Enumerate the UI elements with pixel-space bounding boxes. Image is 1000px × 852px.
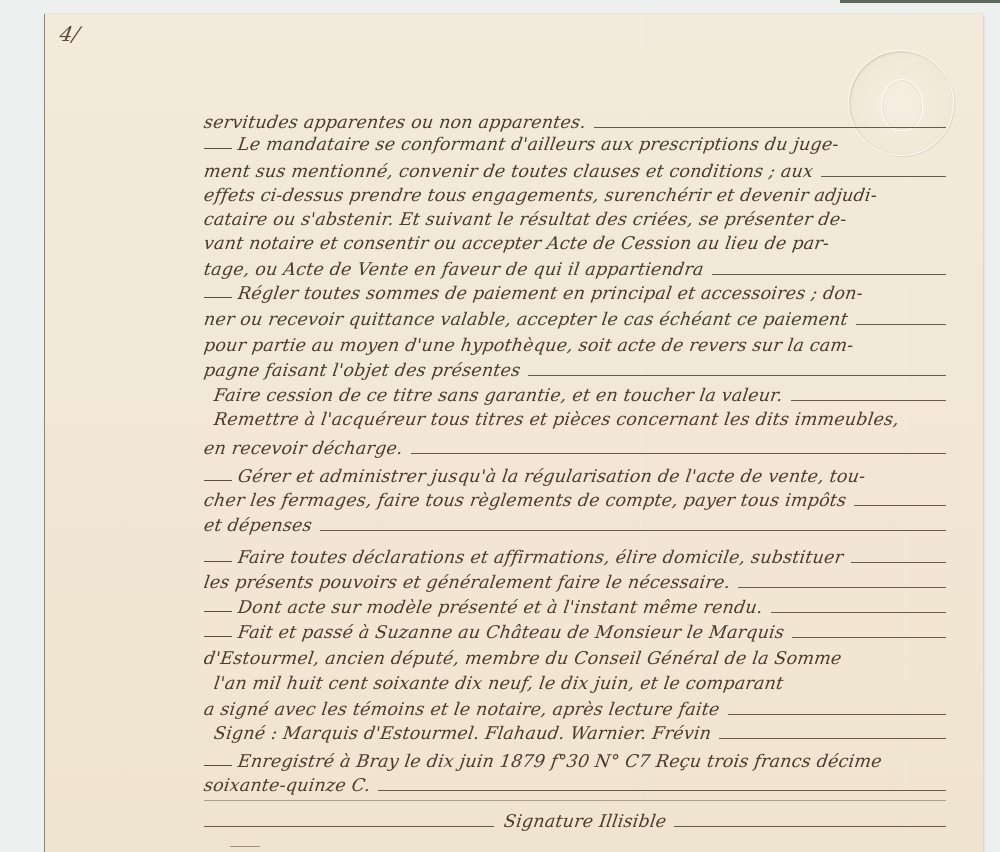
leading-dash — [204, 148, 232, 149]
line-text: soixante-quinze C. — [203, 776, 372, 796]
line-text: cher les fermages, faire tous règlements… — [203, 491, 848, 511]
line-text: a signé avec les témoins et le notaire, … — [203, 700, 721, 720]
line-filler — [791, 400, 946, 401]
line-text: en recevoir décharge. — [203, 439, 405, 459]
text-line: servitudes apparentes ou non apparentes. — [204, 109, 946, 133]
line-text: cataire ou s'abstenir. Et suivant le rés… — [203, 210, 848, 230]
text-line: Régler toutes sommes de paiement en prin… — [204, 280, 946, 304]
leading-dash — [204, 297, 232, 298]
line-filler — [528, 375, 946, 376]
line-text: Faire toutes déclarations et affirmation… — [237, 548, 845, 568]
ruled-line — [204, 800, 946, 801]
leading-dash — [204, 480, 232, 481]
text-line: Remettre à l'acquéreur tous titres et pi… — [214, 406, 946, 430]
leading-dash — [204, 561, 232, 562]
line-text: pour partie au moyen d'une hypothèque, s… — [203, 336, 855, 356]
line-text: tage, ou Acte de Vente en faveur de qui … — [203, 260, 705, 280]
line-text: les présents pouvoirs et généralement fa… — [203, 573, 732, 593]
line-text: l'an mil huit cent soixante dix neuf, le… — [213, 674, 785, 694]
line-filler — [674, 826, 946, 827]
line-text: et dépenses — [203, 516, 314, 536]
text-line: Signé : Marquis d'Estourmel. Flahaud. Wa… — [214, 720, 946, 744]
line-text: Enregistré à Bray le dix juin 1879 f°30 … — [237, 752, 884, 772]
text-line: pour partie au moyen d'une hypothèque, s… — [204, 332, 946, 356]
line-filler — [719, 738, 946, 739]
text-line: Fait et passé à Suzanne au Château de Mo… — [204, 619, 946, 643]
signature-leading-rule — [204, 826, 494, 827]
text-line: en recevoir décharge. — [204, 435, 946, 459]
line-filler — [792, 637, 946, 638]
line-filler — [712, 274, 946, 275]
text-line: Le mandataire se conformant d'ailleurs a… — [204, 131, 946, 155]
line-text: ner ou recevoir quittance valable, accep… — [203, 310, 850, 330]
leading-dash — [204, 611, 232, 612]
line-filler — [851, 562, 946, 563]
line-filler — [856, 324, 946, 325]
line-text: Faire cession de ce titre sans garantie,… — [213, 386, 784, 406]
line-text: effets ci-dessus prendre tous engagement… — [203, 186, 879, 206]
line-filler — [320, 530, 946, 531]
line-text: Signé : Marquis d'Estourmel. Flahaud. Wa… — [213, 724, 713, 744]
line-filler — [378, 790, 946, 791]
text-line: cher les fermages, faire tous règlements… — [204, 487, 946, 511]
handwritten-text-body: servitudes apparentes ou non apparentes.… — [0, 0, 1000, 852]
line-filler — [854, 505, 946, 506]
line-text: d'Estourmel, ancien député, membre du Co… — [203, 649, 843, 669]
text-line: et dépenses — [204, 512, 946, 536]
text-line: pagne faisant l'objet des présentes — [204, 357, 946, 381]
line-filler — [728, 714, 946, 715]
signature-line: Signature Illisible — [204, 808, 946, 832]
text-line: l'an mil huit cent soixante dix neuf, le… — [214, 670, 946, 694]
text-line: effets ci-dessus prendre tous engagement… — [204, 182, 946, 206]
line-text: ment sus mentionné, convenir de toutes c… — [203, 162, 815, 182]
partial-next-line — [230, 846, 260, 847]
line-text: Gérer et administrer jusqu'à la régulari… — [237, 467, 867, 487]
leading-dash — [204, 765, 232, 766]
line-text: Signature Illisible — [503, 812, 668, 832]
leading-dash — [204, 636, 232, 637]
text-line: Enregistré à Bray le dix juin 1879 f°30 … — [204, 748, 946, 772]
text-line: Gérer et administrer jusqu'à la régulari… — [204, 463, 946, 487]
text-line: a signé avec les témoins et le notaire, … — [204, 696, 946, 720]
text-line: ment sus mentionné, convenir de toutes c… — [204, 158, 946, 182]
line-filler — [821, 176, 946, 177]
text-line: tage, ou Acte de Vente en faveur de qui … — [204, 256, 946, 280]
text-line: cataire ou s'abstenir. Et suivant le rés… — [204, 206, 946, 230]
text-line: soixante-quinze C. — [204, 772, 946, 796]
text-line: d'Estourmel, ancien député, membre du Co… — [204, 645, 946, 669]
line-text: servitudes apparentes ou non apparentes. — [203, 113, 588, 133]
line-text: Fait et passé à Suzanne au Château de Mo… — [237, 623, 786, 643]
text-line: les présents pouvoirs et généralement fa… — [204, 569, 946, 593]
line-filler — [411, 453, 946, 454]
text-line: Dont acte sur modèle présenté et à l'ins… — [204, 594, 946, 618]
line-text: vant notaire et consentir ou accepter Ac… — [203, 234, 831, 254]
text-line: ner ou recevoir quittance valable, accep… — [204, 306, 946, 330]
line-text: Dont acte sur modèle présenté et à l'ins… — [237, 598, 765, 618]
text-line: Faire cession de ce titre sans garantie,… — [214, 382, 946, 406]
line-filler — [738, 587, 946, 588]
line-text: Remettre à l'acquéreur tous titres et pi… — [213, 410, 901, 430]
line-text: Régler toutes sommes de paiement en prin… — [237, 284, 865, 304]
line-text: pagne faisant l'objet des présentes — [203, 361, 522, 381]
line-filler — [771, 612, 946, 613]
text-line: vant notaire et consentir ou accepter Ac… — [204, 230, 946, 254]
text-line: Faire toutes déclarations et affirmation… — [204, 544, 946, 568]
line-text: Le mandataire se conformant d'ailleurs a… — [237, 135, 840, 155]
line-filler — [594, 127, 946, 128]
